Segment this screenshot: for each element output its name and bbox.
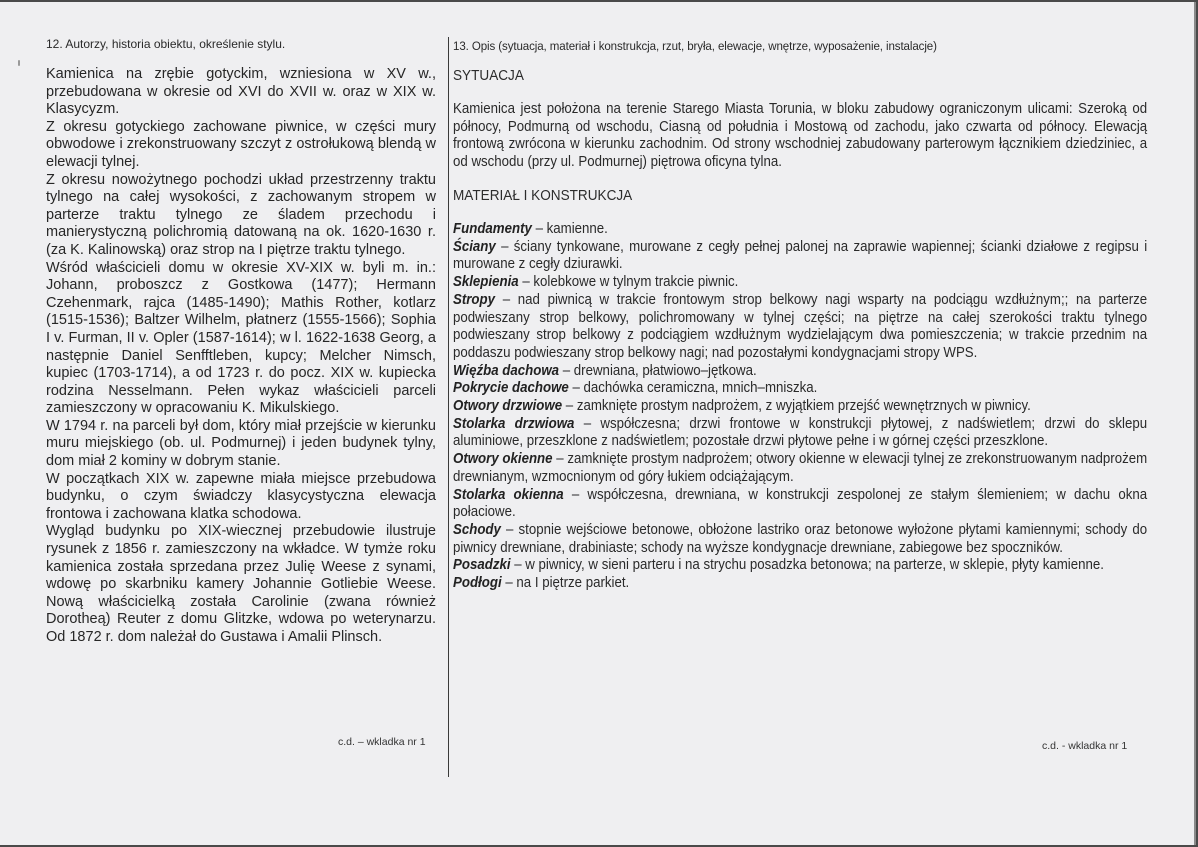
material-item: Fundamenty – kamienne. — [453, 221, 1147, 239]
material-item: Otwory okienne – zamknięte prostym nadpr… — [453, 451, 1147, 486]
material-desc: – w piwnicy, w sieni parteru i na strych… — [511, 557, 1104, 573]
material-term: Fundamenty — [453, 221, 532, 237]
history-text: Kamienica na zrębie gotyckim, wzniesiona… — [46, 66, 436, 647]
material-term: Stolarka okienna — [453, 487, 564, 503]
situation-text: Kamienica jest położona na terenie Stare… — [453, 101, 1147, 171]
section-header-description: 13. Opis (sytuacja, materiał i konstrukc… — [453, 38, 1098, 54]
material-desc: – zamknięte prostym nadprożem; otwory ok… — [453, 451, 1147, 485]
material-desc: – kamienne. — [532, 221, 608, 237]
material-desc: – nad piwnicą w trakcie frontowym strop … — [453, 292, 1147, 361]
material-term: Podłogi — [453, 575, 502, 591]
right-continuation-note: c.d. - wkladka nr 1 — [1042, 740, 1127, 752]
history-paragraph: Z okresu gotyckiego zachowane piwnice, w… — [46, 119, 436, 172]
material-construction-list: Fundamenty – kamienne. Ściany – ściany t… — [453, 221, 1147, 593]
material-item: Ściany – ściany tynkowane, murowane z ce… — [453, 239, 1147, 274]
history-paragraph: W 1794 r. na parceli był dom, który miał… — [46, 418, 436, 471]
section-header-authors-history: 12. Autorzy, historia obiektu, określeni… — [46, 36, 436, 52]
situation-heading: SYTUACJA — [453, 67, 1098, 85]
material-item: Posadzki – w piwnicy, w sieni parteru i … — [453, 557, 1147, 575]
material-term: Stropy — [453, 292, 495, 308]
material-item: Stolarka okienna – współczesna, drewnian… — [453, 487, 1147, 522]
material-term: Pokrycie dachowe — [453, 380, 569, 396]
document-sheet: 12. Autorzy, historia obiektu, określeni… — [0, 2, 1196, 845]
material-item: Otwory drzwiowe – zamknięte prostym nadp… — [453, 398, 1147, 416]
material-term: Stolarka drzwiowa — [453, 416, 574, 432]
material-term: Schody — [453, 522, 501, 538]
material-desc: – ściany tynkowane, murowane z cegły peł… — [453, 239, 1147, 273]
history-paragraph: Wygląd budynku po XIX-wiecznej przebudow… — [46, 523, 436, 646]
left-column-history: 12. Autorzy, historia obiektu, określeni… — [46, 36, 436, 647]
material-desc: – na I piętrze parkiet. — [502, 575, 630, 591]
material-item: Pokrycie dachowe – dachówka ceramiczna, … — [453, 380, 1147, 398]
material-term: Więźba dachowa — [453, 363, 559, 379]
material-heading: MATERIAŁ I KONSTRUKCJA — [453, 187, 1098, 205]
material-term: Posadzki — [453, 557, 511, 573]
column-divider — [448, 37, 449, 777]
material-item: Stropy – nad piwnicą w trakcie frontowym… — [453, 292, 1147, 363]
scan-speck — [18, 60, 20, 66]
material-item: Schody – stopnie wejściowe betonowe, obł… — [453, 522, 1147, 557]
history-paragraph: W początkach XIX w. zapewne miała miejsc… — [46, 471, 436, 524]
left-continuation-note: c.d. – wkladka nr 1 — [338, 736, 426, 748]
right-column-description: 13. Opis (sytuacja, materiał i konstrukc… — [453, 38, 1147, 593]
material-item: Podłogi – na I piętrze parkiet. — [453, 575, 1147, 593]
material-desc: – kolebkowe w tylnym trakcie piwnic. — [519, 274, 739, 290]
material-term: Sklepienia — [453, 274, 519, 290]
material-term: Ściany — [453, 239, 496, 255]
material-desc: – dachówka ceramiczna, mnich–mniszka. — [569, 380, 818, 396]
material-desc: – drewniana, płatwiowo–jętkowa. — [559, 363, 757, 379]
material-desc: – stopnie wejściowe betonowe, obłożone l… — [453, 522, 1147, 556]
history-paragraph: Z okresu nowożytnego pochodzi układ prze… — [46, 172, 436, 260]
material-desc: – zamknięte prostym nadprożem, z wyjątki… — [562, 398, 1031, 414]
material-term: Otwory drzwiowe — [453, 398, 562, 414]
material-term: Otwory okienne — [453, 451, 553, 467]
material-item: Więźba dachowa – drewniana, płatwiowo–ję… — [453, 363, 1147, 381]
history-paragraph: Wśród właścicieli domu w okresie XV-XIX … — [46, 260, 436, 418]
history-paragraph: Kamienica na zrębie gotyckim, wzniesiona… — [46, 66, 436, 119]
material-item: Stolarka drzwiowa – współczesna; drzwi f… — [453, 416, 1147, 451]
material-item: Sklepienia – kolebkowe w tylnym trakcie … — [453, 274, 1147, 292]
